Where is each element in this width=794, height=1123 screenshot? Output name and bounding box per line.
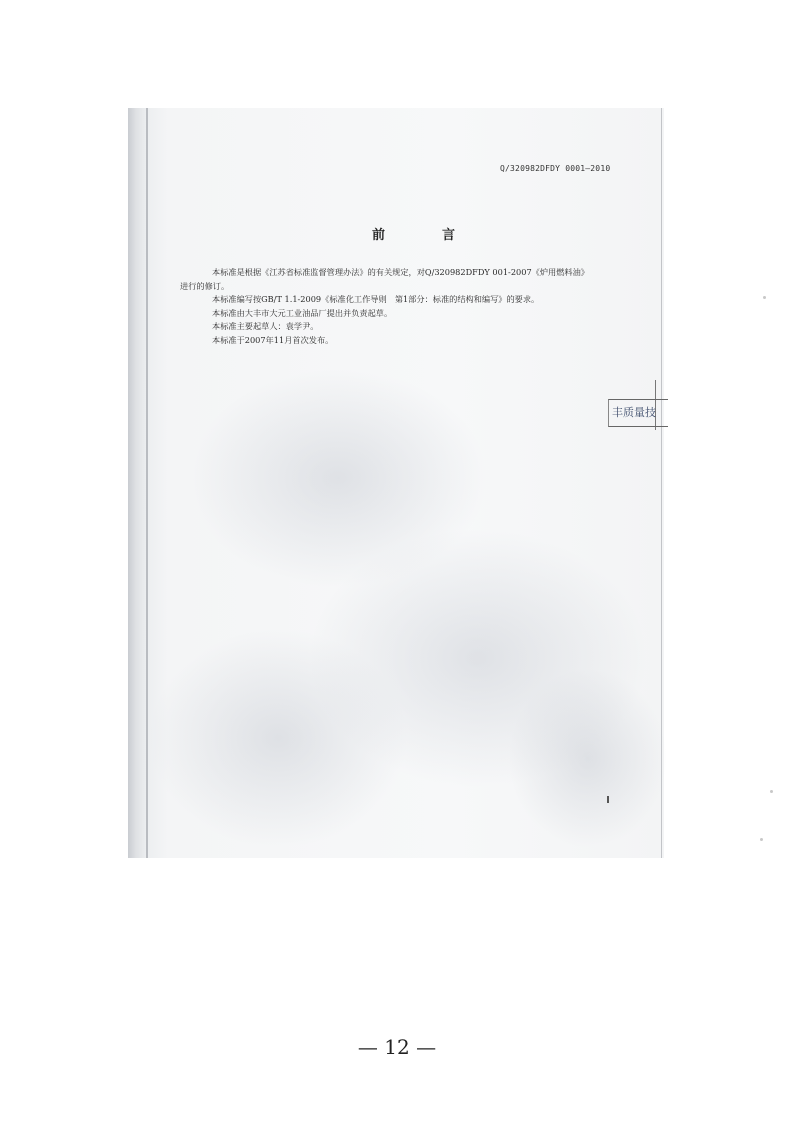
scan-mark — [763, 296, 766, 299]
page-title: 前 言 — [372, 224, 477, 243]
foreword-body: 本标准是根据《江苏省标准监督管理办法》的有关规定，对Q/320982DFDY 0… — [196, 266, 616, 347]
paragraph: 本标准由大丰市大元工业油品厂提出并负责起草。 — [196, 307, 616, 321]
paragraph: 本标准是根据《江苏省标准监督管理办法》的有关规定，对Q/320982DFDY 0… — [196, 266, 616, 280]
seal-stamp: 丰质量技 — [608, 399, 668, 427]
scan-mark — [607, 796, 609, 803]
scan-artifact — [148, 628, 408, 848]
scan-mark — [760, 838, 763, 841]
paragraph: 进行的修订。 — [180, 280, 616, 294]
document-code: Q/320982DFDY 0001—2010 — [500, 164, 610, 173]
paragraph: 本标准主要起草人：袁学尹。 — [196, 320, 616, 334]
paragraph: 本标准于2007年11月首次发布。 — [196, 334, 616, 348]
paragraph: 本标准编写按GB/T 1.1-2009《标准化工作导则 第1部分：标准的结构和编… — [196, 293, 616, 307]
scan-mark — [770, 790, 773, 793]
scanned-page — [128, 108, 664, 858]
scan-artifact — [508, 668, 668, 848]
page-number: — 12 — — [0, 1035, 794, 1059]
